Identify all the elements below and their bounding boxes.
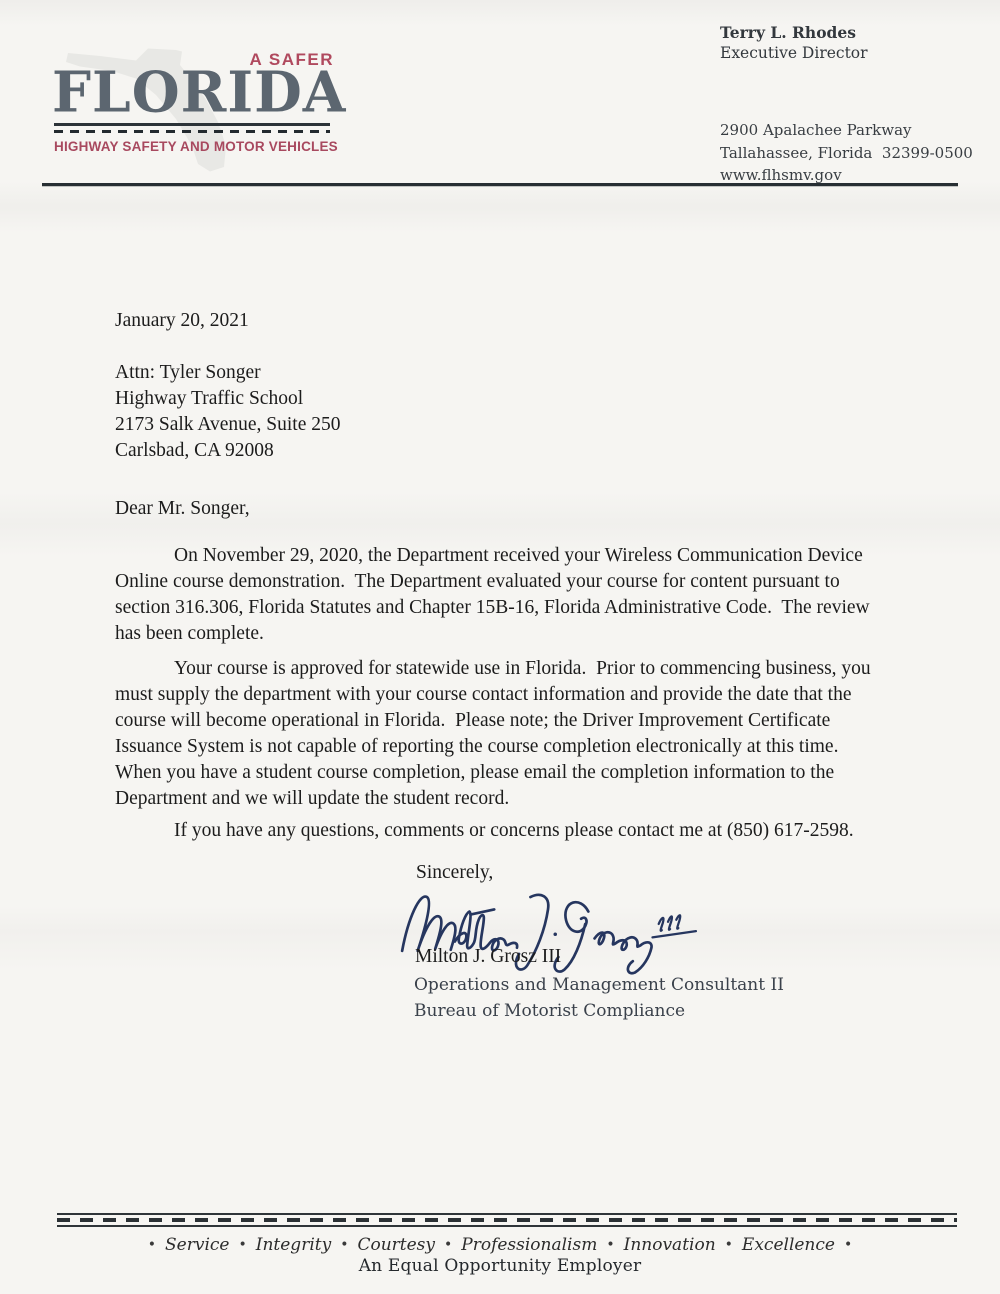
agency-address-block: 2900 Apalachee Parkway Tallahassee, Flor… <box>720 119 973 187</box>
logo-wordmark: FLORIDA <box>52 63 332 119</box>
equal-opportunity-line: An Equal Opportunity Employer <box>0 1256 1000 1276</box>
bullet-icon: • <box>844 1237 852 1253</box>
address-line-1: 2900 Apalachee Parkway <box>720 119 973 142</box>
bullet-icon: • <box>444 1237 452 1253</box>
address-line-2: Tallahassee, Florida 32399-0500 <box>720 142 973 165</box>
agency-values-line: •Service•Integrity•Courtesy•Professional… <box>0 1235 1000 1255</box>
signer-name: Milton J. Grosz III <box>415 944 561 970</box>
footer-road-divider <box>57 1213 957 1227</box>
recipient-attn: Attn: Tyler Songer <box>115 360 341 386</box>
logo-road-divider <box>54 123 330 137</box>
value-innovation: Innovation <box>624 1235 716 1255</box>
paragraph-2: Your course is approved for statewide us… <box>115 656 894 812</box>
logo-agency-line: HIGHWAY SAFETY AND MOTOR VEHICLES <box>54 139 354 154</box>
signer-department: Bureau of Motorist Compliance <box>414 998 685 1024</box>
letter-date: January 20, 2021 <box>115 308 249 334</box>
bullet-icon: • <box>725 1237 733 1253</box>
header-divider <box>42 183 958 186</box>
value-professionalism: Professionalism <box>461 1235 597 1255</box>
recipient-city: Carlsbad, CA 92008 <box>115 438 341 464</box>
value-integrity: Integrity <box>256 1235 331 1255</box>
recipient-block: Attn: Tyler Songer Highway Traffic Schoo… <box>115 360 341 464</box>
executive-name: Terry L. Rhodes <box>720 22 868 43</box>
value-courtesy: Courtesy <box>357 1235 435 1255</box>
signer-title: Operations and Management Consultant II <box>414 972 784 998</box>
value-excellence: Excellence <box>742 1235 835 1255</box>
letter-page: A SAFER FLORIDA HIGHWAY SAFETY AND MOTOR… <box>0 0 1000 1294</box>
bullet-icon: • <box>340 1237 348 1253</box>
paragraph-3: If you have any questions, comments or c… <box>115 818 894 844</box>
bullet-icon: • <box>148 1237 156 1253</box>
value-service: Service <box>165 1235 229 1255</box>
recipient-street: 2173 Salk Avenue, Suite 250 <box>115 412 341 438</box>
paragraph-1: On November 29, 2020, the Department rec… <box>115 543 894 647</box>
executive-title: Executive Director <box>720 43 868 64</box>
bullet-icon: • <box>606 1237 614 1253</box>
executive-block: Terry L. Rhodes Executive Director <box>720 22 868 64</box>
bullet-icon: • <box>238 1237 246 1253</box>
recipient-company: Highway Traffic School <box>115 386 341 412</box>
salutation: Dear Mr. Songer, <box>115 496 250 522</box>
